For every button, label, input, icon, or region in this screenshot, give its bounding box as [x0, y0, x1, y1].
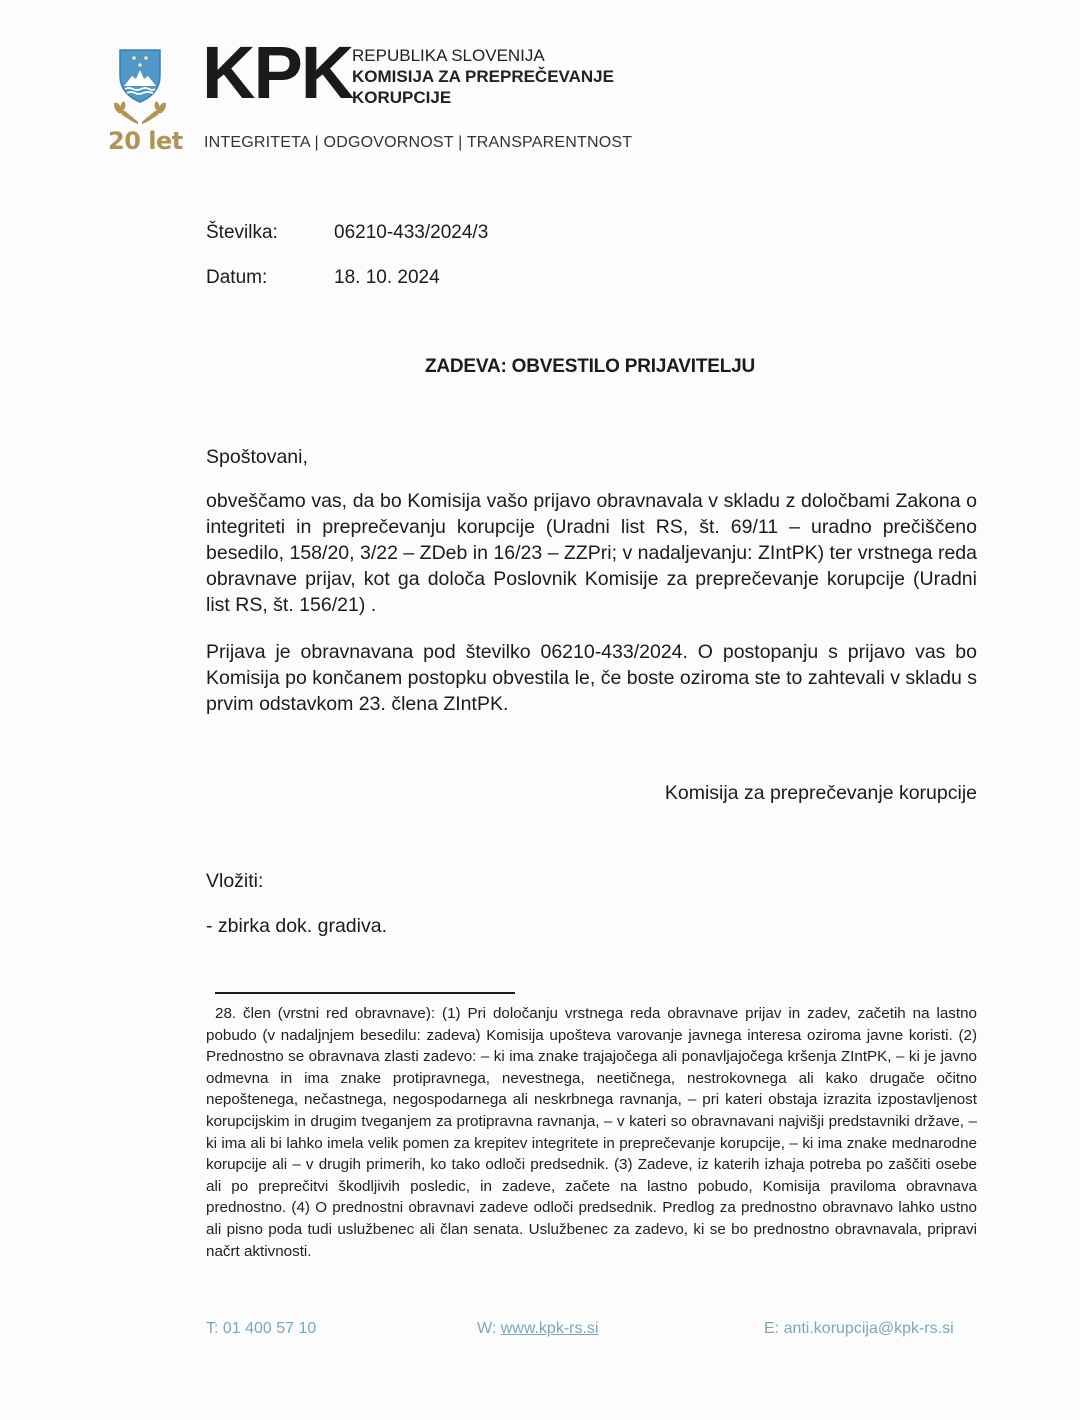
- footnote-article: 28. člen (vrstni red obravnave):: [206, 1005, 442, 1022]
- email-label: E:: [764, 1320, 784, 1337]
- org-line-commission: KOMISIJA ZA PREPREČEVANJE: [352, 66, 614, 87]
- attachments-label: Vložiti:: [206, 870, 263, 893]
- anniversary-label: 20 let: [108, 127, 183, 155]
- email-address[interactable]: anti.korupcija@kpk-rs.si: [784, 1320, 954, 1337]
- contact-phone: T: 01 400 57 10: [206, 1320, 316, 1338]
- attachment-item: - zbirka dok. gradiva.: [206, 915, 387, 938]
- body-paragraph-2: Prijava je obravnavana pod številko 0621…: [206, 639, 977, 717]
- greeting: Spoštovani,: [206, 444, 977, 470]
- laurel-wreath-icon: [112, 101, 167, 124]
- web-label: W:: [477, 1320, 501, 1337]
- body-paragraph-1: obveščamo vas, da bo Komisija vašo prija…: [206, 488, 977, 618]
- footnote-divider: [215, 992, 515, 994]
- org-line-corruption: KORUPCIJE: [352, 87, 614, 108]
- phone-label: T:: [206, 1320, 223, 1337]
- signature: Komisija za preprečevanje korupcije: [665, 782, 977, 805]
- phone-number: 01 400 57 10: [223, 1320, 316, 1337]
- org-line-republic: REPUBLIKA SLOVENIJA: [352, 45, 614, 66]
- footnote-text: (1) Pri določanju vrstnega reda obravnav…: [206, 1005, 977, 1260]
- slovenia-coat-of-arms-icon: [108, 46, 172, 126]
- subject-heading: ZADEVA: OBVESTILO PRIJAVITELJU: [0, 356, 1080, 378]
- contact-email: E: anti.korupcija@kpk-rs.si: [764, 1320, 954, 1338]
- footnote: 28. člen (vrstni red obravnave): (1) Pri…: [206, 1003, 977, 1262]
- number-value: 06210-433/2024/3: [334, 222, 488, 244]
- date-value: 18. 10. 2024: [334, 267, 440, 289]
- kpk-logo: KPK: [202, 36, 352, 110]
- contact-web: W: www.kpk-rs.si: [477, 1320, 598, 1338]
- website-link[interactable]: www.kpk-rs.si: [501, 1320, 599, 1337]
- motto: INTEGRITETA | ODGOVORNOST | TRANSPARENTN…: [204, 134, 632, 152]
- organization-name: REPUBLIKA SLOVENIJA KOMISIJA ZA PREPREČE…: [352, 45, 614, 108]
- date-label: Datum:: [206, 267, 267, 289]
- number-label: Številka:: [206, 222, 278, 244]
